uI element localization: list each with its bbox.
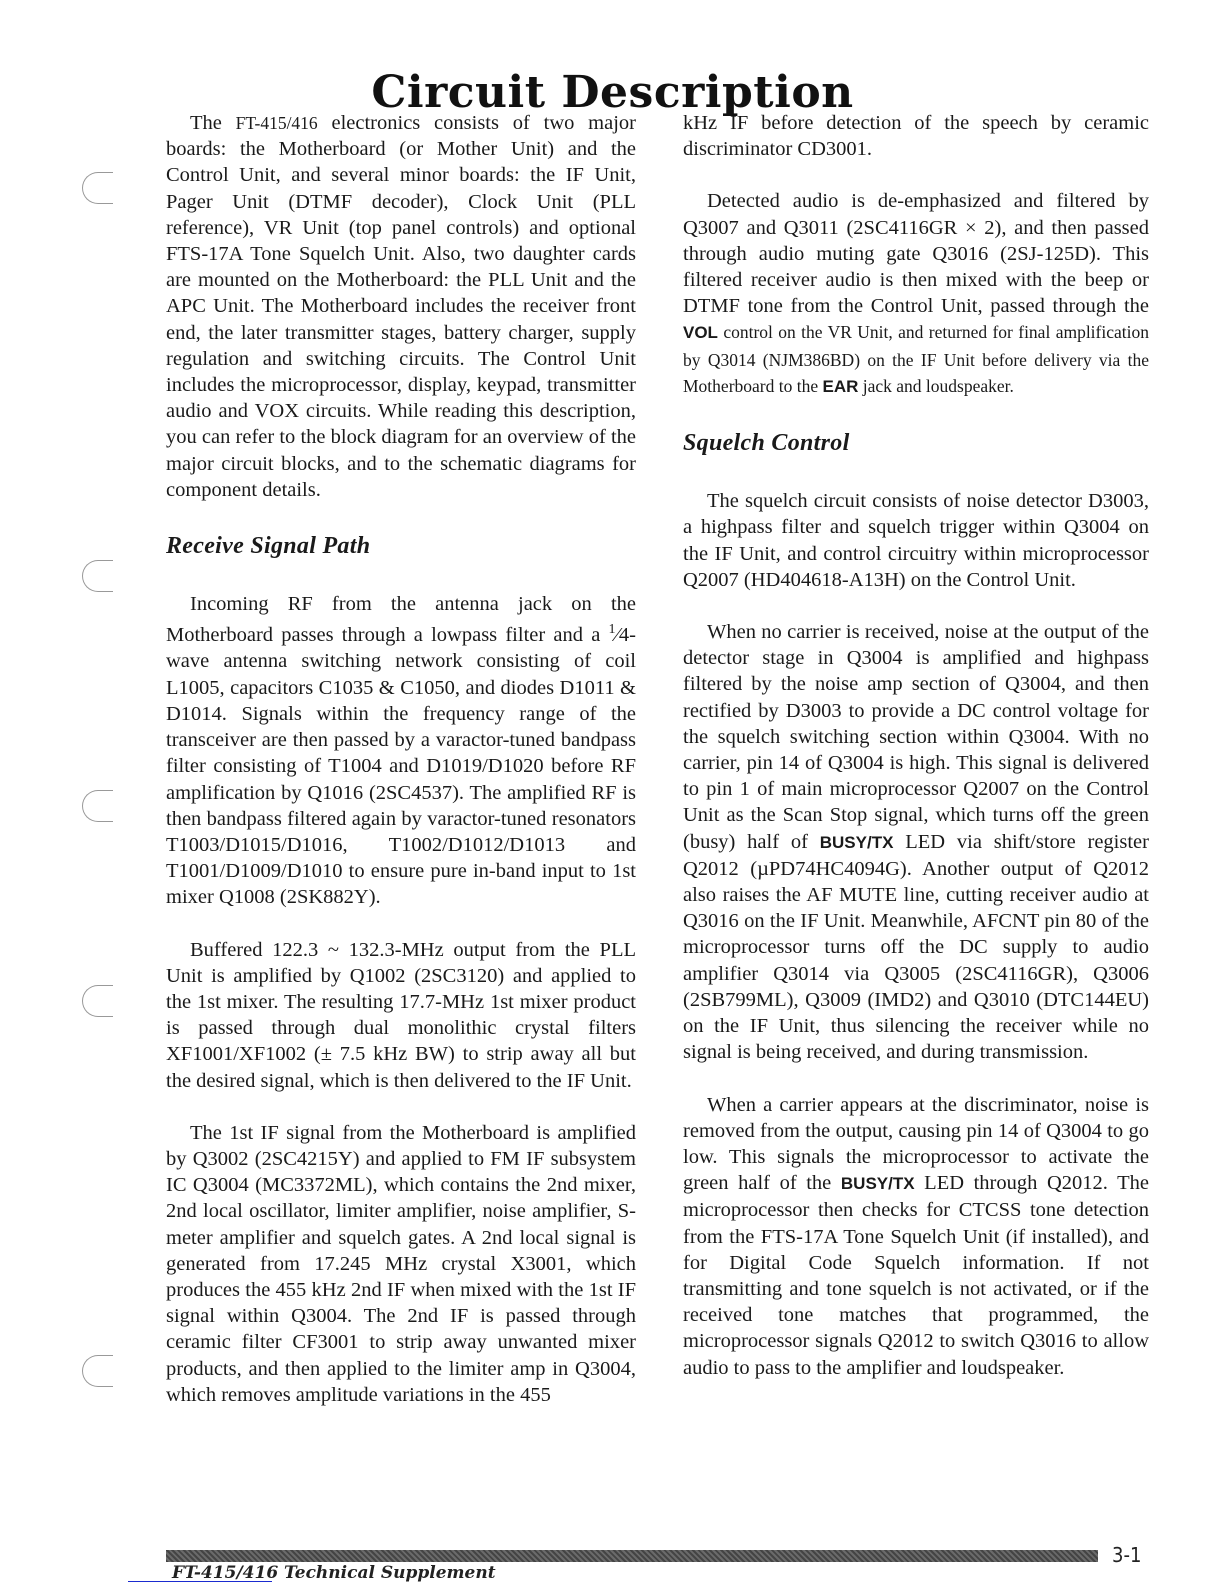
- text-span: electronics consists of two major boards…: [166, 112, 636, 501]
- text-span: Incoming RF from the antenna jack on the…: [166, 593, 636, 646]
- vol-control-label: VOL: [683, 323, 718, 342]
- fraction-numerator: 1: [609, 622, 616, 637]
- section-heading-squelch: Squelch Control: [683, 430, 1149, 456]
- squelch-paragraph-3: When a carrier appears at the discrimina…: [683, 1092, 1149, 1381]
- binder-hole-mark: [82, 985, 113, 1017]
- continued-paragraph: kHz IF before detection of the speech by…: [683, 110, 1149, 162]
- footer-rule: [166, 1550, 1098, 1562]
- binder-hole-mark: [82, 172, 113, 204]
- squelch-paragraph-2: When no carrier is received, noise at th…: [683, 619, 1149, 1065]
- text-span: LED via shift/store register Q2012 (µPD7…: [683, 831, 1149, 1064]
- binder-hole-mark: [82, 560, 113, 592]
- receive-paragraph-1: Incoming RF from the antenna jack on the…: [166, 591, 636, 910]
- binder-hole-mark: [82, 790, 113, 822]
- text-span: ⁄4-wave antenna switching network consis…: [166, 624, 636, 908]
- text-span: The: [190, 112, 236, 134]
- model-name: FT-415/416: [236, 113, 318, 133]
- busy-tx-led-label: BUSY/TX: [841, 1174, 915, 1193]
- text-span: LED through Q2012. The microprocessor th…: [683, 1172, 1149, 1378]
- left-column: The FT-415/416 electronics consists of t…: [166, 110, 636, 1408]
- footer-underline: [128, 1581, 272, 1582]
- intro-paragraph: The FT-415/416 electronics consists of t…: [166, 110, 636, 503]
- footer-title: FT-415/416 Technical Supplement: [172, 1563, 496, 1583]
- text-span: When no carrier is received, noise at th…: [683, 621, 1149, 853]
- audio-paragraph: Detected audio is de-emphasized and filt…: [683, 188, 1149, 400]
- section-heading-receive: Receive Signal Path: [166, 533, 636, 559]
- receive-paragraph-2: Buffered 122.3 ~ 132.3-MHz output from t…: [166, 937, 636, 1094]
- page-number: 3-1: [1112, 1543, 1141, 1567]
- squelch-paragraph-1: The squelch circuit consists of noise de…: [683, 488, 1149, 593]
- busy-tx-led-label: BUSY/TX: [820, 833, 894, 852]
- ear-jack-label: EAR: [822, 377, 858, 396]
- receive-paragraph-3: The 1st IF signal from the Motherboard i…: [166, 1120, 636, 1408]
- text-span: jack and loudspeaker.: [858, 376, 1014, 396]
- right-column: kHz IF before detection of the speech by…: [683, 110, 1149, 1381]
- binder-hole-mark: [82, 1355, 113, 1387]
- text-span: Detected audio is de-emphasized and filt…: [683, 190, 1149, 317]
